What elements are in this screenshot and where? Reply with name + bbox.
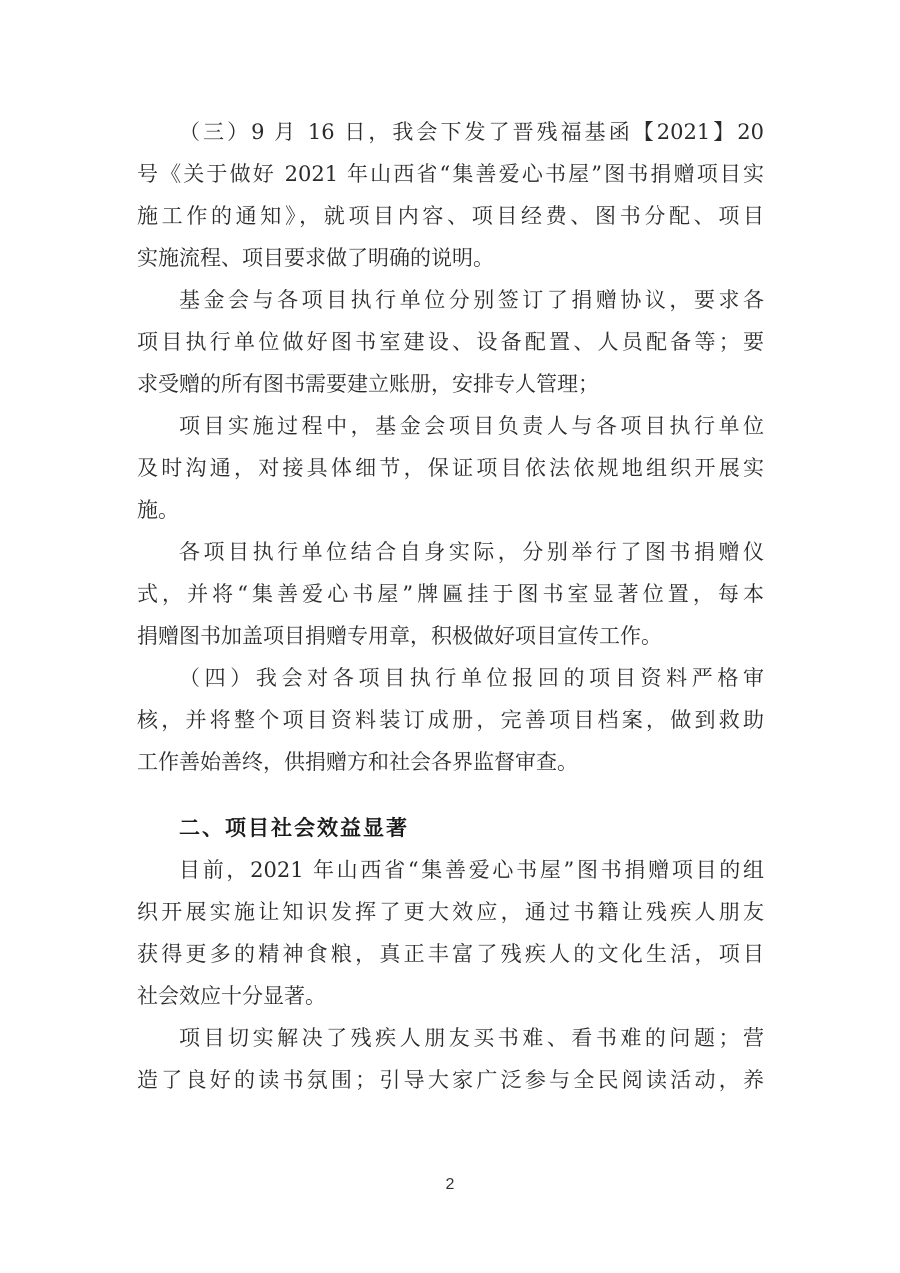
paragraph-line: （三）9 月 16 日，我会下发了晋残福基函【2021】20 bbox=[179, 111, 764, 153]
paragraph-line: 项目实施过程中，基金会项目负责人与各项目执行单位 bbox=[179, 405, 764, 447]
paragraph-line: 目前，2021 年山西省“集善爱心书屋”图书捐赠项目的组 bbox=[179, 849, 764, 891]
document-page: （三）9 月 16 日，我会下发了晋残福基函【2021】20 号《关于做好 20… bbox=[0, 0, 900, 1273]
paragraph-line: 求受赠的所有图书需要建立账册，安排专人管理； bbox=[137, 363, 764, 405]
paragraph-line: 施工作的通知》，就项目内容、项目经费、图书分配、项目 bbox=[137, 195, 764, 237]
paragraph-line: 施。 bbox=[137, 489, 764, 531]
paragraph-line: 式，并将“集善爱心书屋”牌匾挂于图书室显著位置，每本 bbox=[137, 573, 764, 615]
paragraph-line: 捐赠图书加盖项目捐赠专用章，积极做好项目宣传工作。 bbox=[137, 615, 764, 657]
page-number: 2 bbox=[0, 1176, 900, 1194]
paragraph-line: 项目执行单位做好图书室建设、设备配置、人员配备等；要 bbox=[137, 321, 764, 363]
paragraph-line: 实施流程、项目要求做了明确的说明。 bbox=[137, 237, 764, 279]
section-heading: 二、项目社会效益显著 bbox=[179, 807, 409, 849]
paragraph-line: 基金会与各项目执行单位分别签订了捐赠协议，要求各 bbox=[179, 279, 764, 321]
paragraph-line: 及时沟通，对接具体细节，保证项目依法依规地组织开展实 bbox=[137, 447, 764, 489]
paragraph-line: 核，并将整个项目资料装订成册，完善项目档案，做到救助 bbox=[137, 699, 764, 741]
paragraph-line: 织开展实施让知识发挥了更大效应，通过书籍让残疾人朋友 bbox=[137, 891, 764, 933]
paragraph-line: 社会效应十分显著。 bbox=[137, 975, 764, 1017]
paragraph-line: 获得更多的精神食粮，真正丰富了残疾人的文化生活，项目 bbox=[137, 933, 764, 975]
paragraph-line: 号《关于做好 2021 年山西省“集善爱心书屋”图书捐赠项目实 bbox=[137, 153, 764, 195]
paragraph-line: 造了良好的读书氛围；引导大家广泛参与全民阅读活动，养 bbox=[137, 1059, 764, 1101]
paragraph-line: 工作善始善终，供捐赠方和社会各界监督审查。 bbox=[137, 741, 764, 783]
paragraph-line: 各项目执行单位结合自身实际，分别举行了图书捐赠仪 bbox=[179, 531, 764, 573]
paragraph-line: （四）我会对各项目执行单位报回的项目资料严格审 bbox=[179, 657, 764, 699]
paragraph-line: 项目切实解决了残疾人朋友买书难、看书难的问题；营 bbox=[179, 1017, 764, 1059]
